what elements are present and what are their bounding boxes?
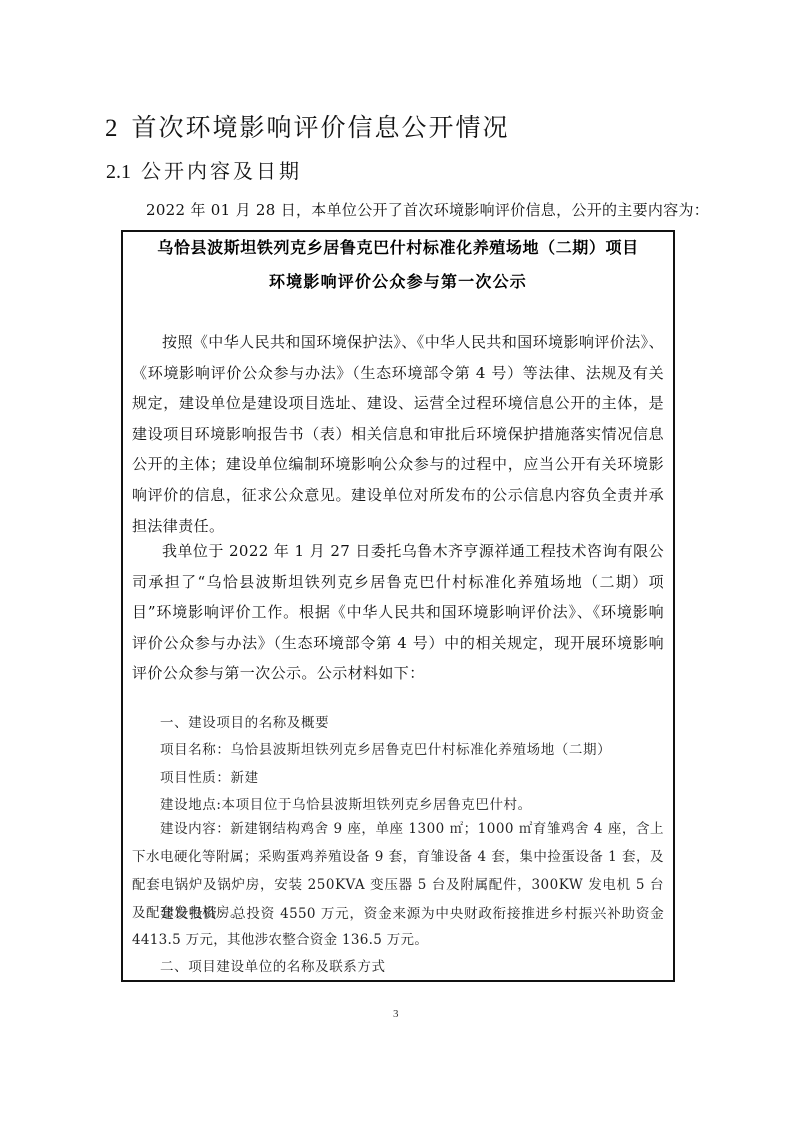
notice-paragraph-2: 我单位于 2022 年 1 月 27 日委托乌鲁木齐亨源祥通工程技术咨询有限公司… (132, 536, 664, 689)
section-2-heading: 二、项目建设单位的名称及联系方式 (160, 957, 386, 977)
heading-1-number: 2 (105, 115, 120, 142)
section-1-heading: 一、建设项目的名称及概要 (160, 713, 329, 733)
intro-text: 2022 年 01 月 28 日，本单位公开了首次环境影响评价信息，公开的主要内… (146, 198, 709, 222)
heading-1-title: 首次环境影响评价信息公开情况 (132, 113, 510, 142)
project-name: 项目名称：乌恰县波斯坦铁列克乡居鲁克巴什村标准化养殖场地（二期） (160, 740, 611, 760)
notice-paragraph-1-text: 按照《中华人民共和国环境保护法》、《中华人民共和国环境影响评价法》、《环境影响评… (132, 333, 664, 535)
heading-2: 2.1公开内容及日期 (106, 155, 302, 188)
notice-box: 乌恰县波斯坦铁列克乡居鲁克巴什村标准化养殖场地（二期）项目 环境影响评价公众参与… (121, 230, 675, 982)
notice-title-line2: 环境影响评价公众参与第一次公示 (123, 270, 673, 294)
notice-paragraph-1: 按照《中华人民共和国环境保护法》、《中华人民共和国环境影响评价法》、《环境影响评… (132, 327, 664, 541)
project-investment-text: 建设投资：总投资 4550 万元，资金来源为中央财政衔接推进乡村振兴补助资金 4… (132, 906, 664, 948)
notice-title-line1: 乌恰县波斯坦铁列克乡居鲁克巴什村标准化养殖场地（二期）项目 (123, 236, 673, 260)
heading-1: 2首次环境影响评价信息公开情况 (105, 110, 510, 147)
notice-paragraph-2-text: 我单位于 2022 年 1 月 27 日委托乌鲁木齐亨源祥通工程技术咨询有限公司… (132, 542, 664, 682)
project-location: 建设地点:本项目位于乌恰县波斯坦铁列克乡居鲁克巴什村。 (160, 795, 532, 815)
page-number: 3 (393, 1008, 399, 1020)
heading-2-number: 2.1 (106, 161, 131, 183)
project-nature: 项目性质：新建 (160, 768, 259, 788)
project-investment: 建设投资：总投资 4550 万元，资金来源为中央财政衔接推进乡村振兴补助资金 4… (132, 901, 664, 953)
heading-2-title: 公开内容及日期 (141, 159, 302, 183)
